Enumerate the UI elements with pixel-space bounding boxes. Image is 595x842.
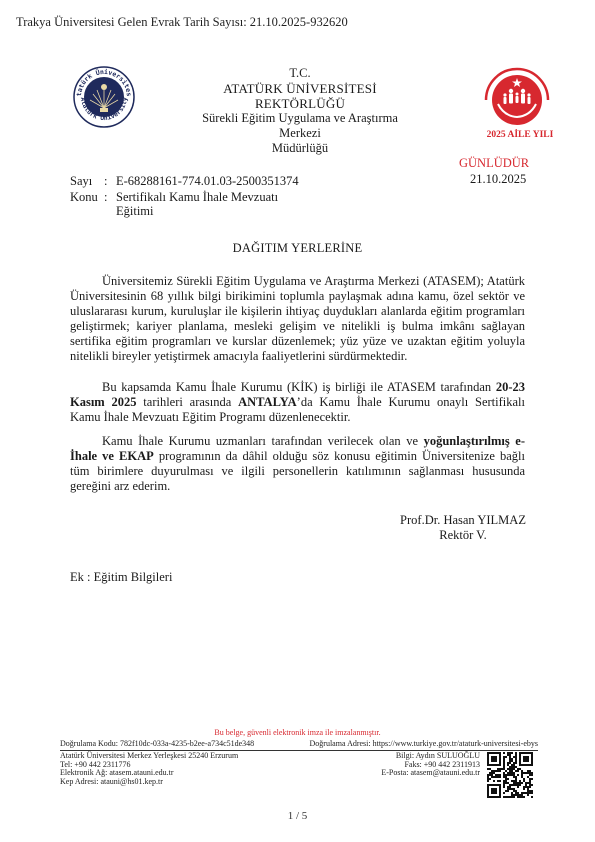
signatory-name: Prof.Dr. Hasan YILMAZ bbox=[398, 513, 528, 528]
letterhead-tc: T.C. bbox=[180, 66, 420, 81]
reference-value: E-68288161-774.01.03-2500351374 bbox=[116, 174, 299, 188]
document-date: 21.10.2025 bbox=[470, 172, 526, 187]
priority-label: GÜNLÜDÜR bbox=[459, 156, 529, 171]
subject-line-1: Sertifikalı Kamu İhale Mevzuatı bbox=[116, 190, 278, 204]
subject-label: Konu bbox=[70, 190, 104, 204]
footer-contact-left: Atatürk Üniversitesi Merkez Yerleşkesi 2… bbox=[60, 752, 238, 786]
body-paragraph-1: Üniversitemiz Sürekli Eğitim Uygulama ve… bbox=[70, 274, 525, 364]
reference-label: Sayı bbox=[70, 174, 104, 188]
family-year-caption: 2025 AİLE YILI bbox=[470, 130, 570, 140]
footer-kep: Kep Adresi: atauni@hs01.kep.tr bbox=[60, 778, 238, 787]
reference-number-row: Sayı:E-68288161-774.01.03-2500351374 bbox=[70, 174, 299, 188]
body-paragraph-2: Bu kapsamda Kamu İhale Kurumu (KİK) iş b… bbox=[70, 380, 525, 425]
verification-line: Doğrulama Kodu: 782f10dc-033a-4235-b2ee-… bbox=[60, 740, 538, 751]
verification-address[interactable]: Doğrulama Adresi: https://www.turkiye.go… bbox=[310, 740, 538, 750]
verification-code: Doğrulama Kodu: 782f10dc-033a-4235-b2ee-… bbox=[60, 740, 254, 750]
footer-contact-right: Bilgi: Aydın SULUOĞLU Faks: +90 442 2311… bbox=[340, 752, 480, 778]
event-location: ANTALYA bbox=[238, 395, 297, 409]
subject-line-2: Eğitimi bbox=[116, 204, 154, 218]
letterhead: T.C. ATATÜRK ÜNİVERSİTESİ REKTÖRLÜĞÜ Sür… bbox=[180, 66, 420, 156]
letterhead-directorate: Müdürlüğü bbox=[180, 141, 420, 156]
letterhead-center: Sürekli Eğitim Uygulama ve Araştırma Mer… bbox=[180, 111, 420, 141]
signatory-title: Rektör V. bbox=[398, 528, 528, 543]
subject-row: Konu:Sertifikalı Kamu İhale MevzuatıEğit… bbox=[70, 190, 278, 218]
ataturk-university-seal-icon: Atatürk Üniversitesi Atatürk University bbox=[73, 66, 135, 128]
body-paragraph-3: Kamu İhale Kurumu uzmanları tarafından v… bbox=[70, 434, 525, 494]
addressee: DAĞITIM YERLERİNE bbox=[0, 241, 595, 256]
page-indicator: 1 / 5 bbox=[0, 810, 595, 822]
family-year-emblem-icon bbox=[478, 62, 556, 132]
footer-email[interactable]: E-Posta: atasem@atauni.edu.tr bbox=[340, 769, 480, 778]
attachment-note: Ek : Eğitim Bilgileri bbox=[70, 570, 172, 585]
incoming-document-stamp: Trakya Üniversitesi Gelen Evrak Tarih Sa… bbox=[16, 15, 348, 30]
qr-code-icon bbox=[487, 752, 533, 798]
e-signature-note: Bu belge, güvenli elektronik imza ile im… bbox=[0, 728, 595, 737]
signature-block: Prof.Dr. Hasan YILMAZ Rektör V. bbox=[398, 513, 528, 543]
letterhead-institution: ATATÜRK ÜNİVERSİTESİ REKTÖRLÜĞÜ bbox=[180, 81, 420, 111]
